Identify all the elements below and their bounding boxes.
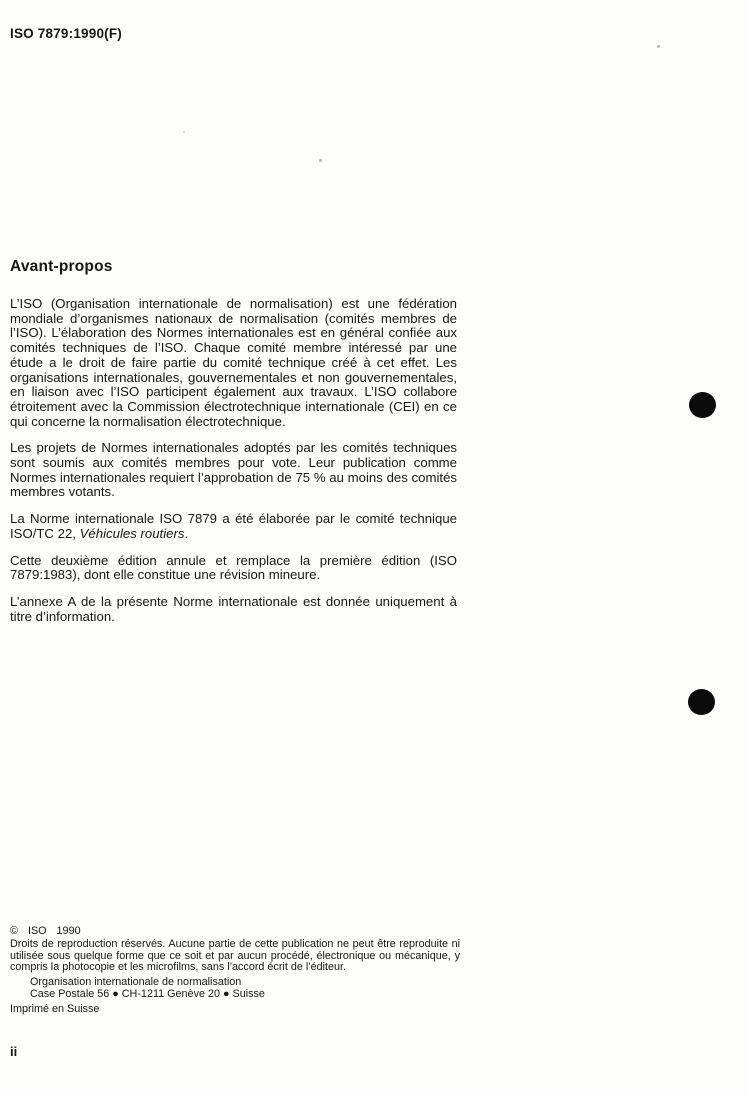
scan-speckle [657,45,660,48]
document-page: ISO 7879:1990(F) Avant-propos L’ISO (Org… [0,0,747,1095]
printed-in-notice: Imprimé en Suisse [10,1004,460,1016]
document-number: ISO 7879:1990(F) [10,26,122,41]
foreword-paragraph-1: L’ISO (Organisation internationale de no… [10,297,457,429]
foreword-paragraph-4: Cette deuxième édition annule et remplac… [10,554,457,583]
foreword-title: Avant-propos [10,258,113,276]
committee-title-italic: Véhicules routiers [80,526,185,541]
publisher-postal-address: Case Postale 56 ● CH-1211 Genève 20 ● Su… [30,989,460,1001]
copyright-block: © ISO 1990 Droits de reproduction réserv… [10,926,460,1016]
foreword-paragraph-3: La Norme internationale ISO 7879 a été é… [10,512,457,541]
paragraph-3-period: . [184,526,188,541]
publisher-address: Organisation internationale de normalisa… [10,977,460,1001]
foreword-paragraph-2: Les projets de Normes internationales ad… [10,441,457,500]
foreword-paragraph-5: L’annexe A de la présente Norme internat… [10,595,457,624]
registration-mark-top [689,392,716,418]
foreword-body: L’ISO (Organisation internationale de no… [10,297,457,636]
scan-speckle [319,159,322,162]
copyright-notice: © ISO 1990 [10,926,460,938]
page-number: ii [10,1044,17,1059]
copyright-rights-text: Droits de reproduction réservés. Aucune … [10,939,460,974]
registration-mark-bottom [688,689,715,715]
paragraph-3-text: La Norme internationale ISO 7879 a été é… [10,511,457,541]
scan-speckle [183,131,185,133]
